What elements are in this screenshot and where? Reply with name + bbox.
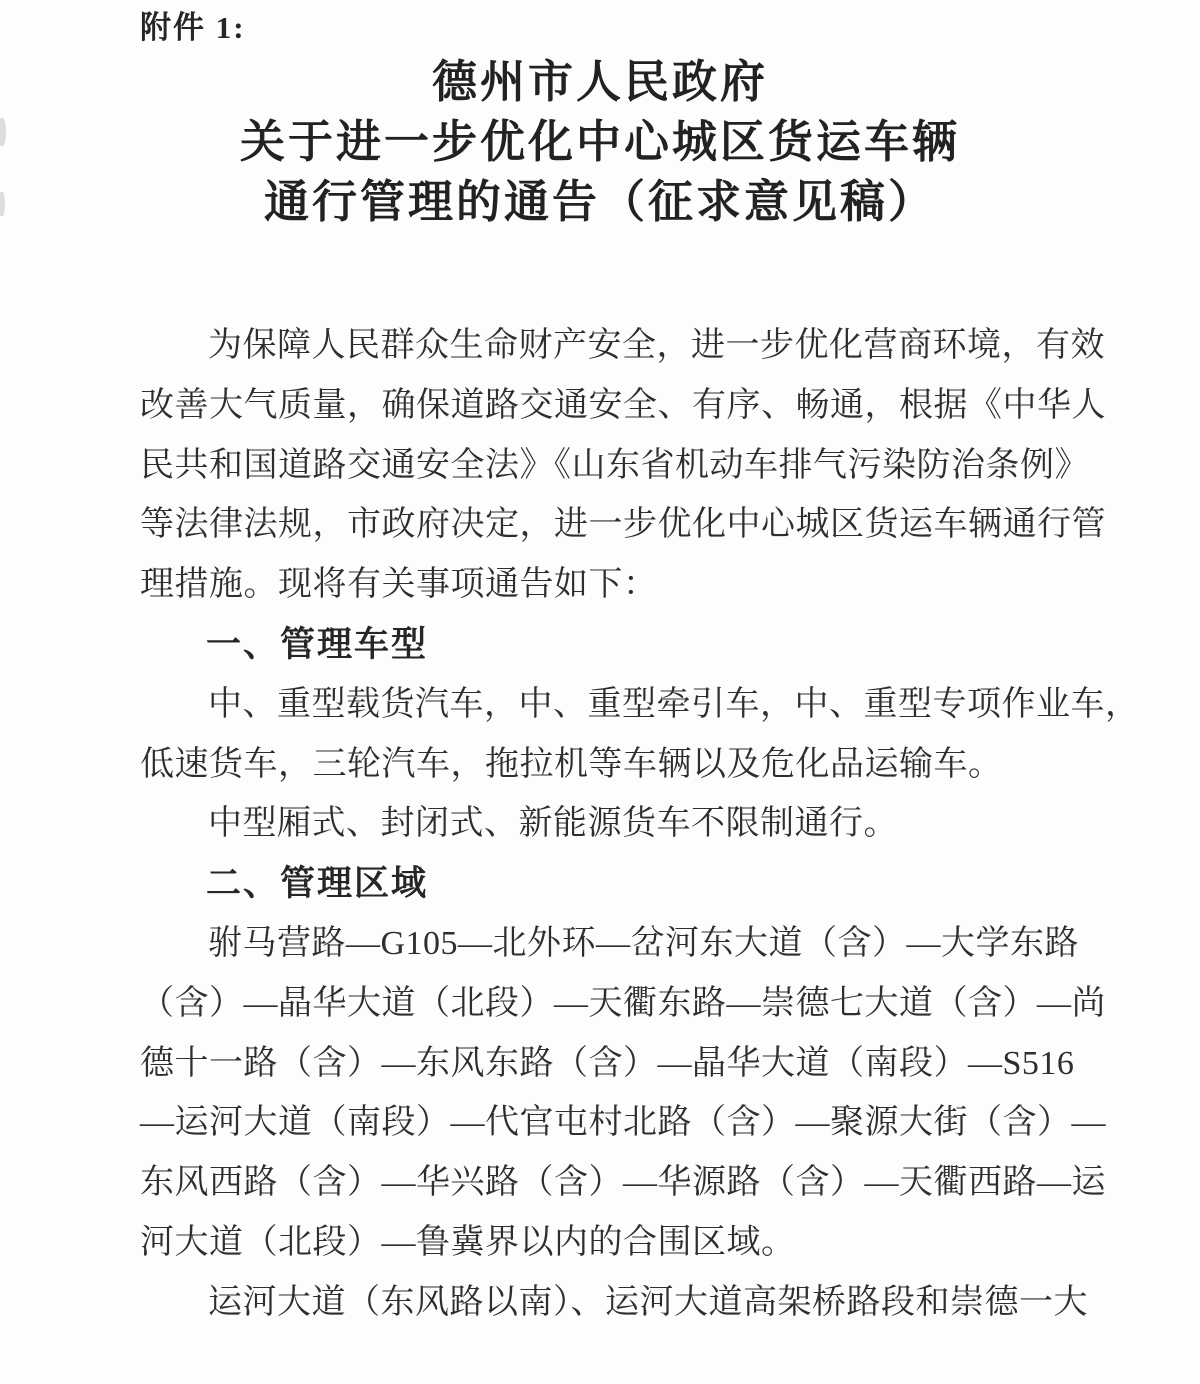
- body-line: 德十一路（含）—东风东路（含）—晶华大道（南段）—S516: [140, 1034, 1080, 1094]
- section-heading-vehicle-types: 一、管理车型: [140, 615, 1080, 675]
- body-line: 为保障人民群众生命财产安全，进一步优化营商环境，有效: [140, 316, 1080, 376]
- body-line: 中型厢式、封闭式、新能源货车不限制通行。: [140, 794, 1080, 854]
- document-title-line: 德州市人民政府: [0, 52, 1200, 112]
- body-line: 低速货车，三轮汽车，拖拉机等车辆以及危化品运输车。: [140, 735, 1080, 795]
- document-page: 附件 1: 德州市人民政府 关于进一步优化中心城区货运车辆 通行管理的通告（征求…: [0, 0, 1200, 1384]
- body-line: —运河大道（南段）—代官屯村北路（含）—聚源大街（含）—: [140, 1093, 1080, 1153]
- section-heading-managed-area: 二、管理区域: [140, 854, 1080, 914]
- body-line: 理措施。现将有关事项通告如下：: [140, 555, 1080, 615]
- body-line: 中、重型载货汽车，中、重型牵引车，中、重型专项作业车，: [140, 675, 1080, 735]
- body-line: 河大道（北段）—鲁冀界以内的合围区域。: [140, 1213, 1080, 1273]
- document-title-line: 通行管理的通告（征求意见稿）: [0, 172, 1200, 232]
- body-line: 等法律法规，市政府决定，进一步优化中心城区货运车辆通行管: [140, 495, 1080, 555]
- document-body: 为保障人民群众生命财产安全，进一步优化营商环境，有效 改善大气质量，确保道路交通…: [140, 316, 1080, 1333]
- body-line: 驸马营路—G105—北外环—岔河东大道（含）—大学东路: [140, 914, 1080, 974]
- body-line: 运河大道（东风路以南）、运河大道高架桥路段和崇德一大: [140, 1273, 1080, 1333]
- attachment-label: 附件 1:: [140, 2, 246, 47]
- body-line: 民共和国道路交通安全法》《山东省机动车排气污染防治条例》: [140, 436, 1080, 496]
- document-title-line: 关于进一步优化中心城区货运车辆: [0, 112, 1200, 172]
- document-title: 德州市人民政府 关于进一步优化中心城区货运车辆 通行管理的通告（征求意见稿）: [0, 52, 1200, 232]
- body-line: （含）—晶华大道（北段）—天衢东路—崇德七大道（含）—尚: [140, 974, 1080, 1034]
- body-line: 东风西路（含）—华兴路（含）—华源路（含）—天衢西路—运: [140, 1153, 1080, 1213]
- body-line: 改善大气质量，确保道路交通安全、有序、畅通，根据《中华人: [140, 376, 1080, 436]
